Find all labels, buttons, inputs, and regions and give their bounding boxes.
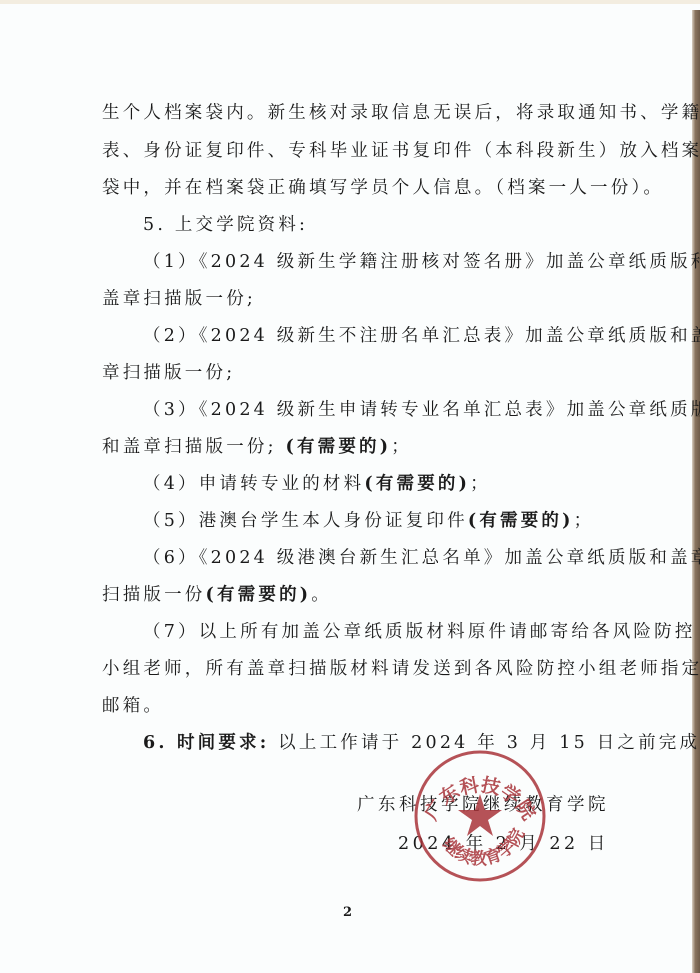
item-3-line-2: 和盖章扫描版一份; (有需要的)； <box>102 435 617 459</box>
signature-org: 广东科技学院继续教育学院 <box>357 793 609 817</box>
item-7-line-3: 邮箱。 <box>102 694 617 718</box>
section-5-heading: 5. 上交学院资料: <box>143 213 658 237</box>
item-5-punct: ； <box>574 511 595 531</box>
item-6-line-1: （6）《2024 级港澳台新生汇总名单》加盖公章纸质版和盖章 <box>143 546 658 570</box>
item-6-note: (有需要的) <box>206 585 312 605</box>
item-5-line-1: （5）港澳台学生本人身份证复印件(有需要的)； <box>143 509 658 533</box>
item-2-line-1: （2）《2024 级新生不注册名单汇总表》加盖公章纸质版和盖 <box>143 324 658 348</box>
item-3-text: 和盖章扫描版一份; <box>102 437 285 457</box>
item-3-punct: ； <box>391 437 412 457</box>
item-6-text: 扫描版一份 <box>102 585 206 605</box>
item-1-line-1: （1）《2024 级新生学籍注册核对签名册》加盖公章纸质版和 <box>143 250 658 274</box>
paragraph-line: 袋中，并在档案袋正确填写学员个人信息。（档案一人一份）。 <box>102 176 617 200</box>
item-6-punct: 。 <box>311 585 332 605</box>
paragraph-line: 表、身份证复印件、专科毕业证书复印件（本科段新生）放入档案 <box>102 139 617 163</box>
paragraph-line: 生个人档案袋内。新生核对录取信息无误后，将录取通知书、学籍 <box>102 101 617 125</box>
section-6-line: 6. 时间要求: 以上工作请于 2024 年 3 月 15 日之前完成。 <box>143 731 658 755</box>
item-7-line-1: （7）以上所有加盖公章纸质版材料原件请邮寄给各风险防控 <box>143 620 658 644</box>
signature-date: 2024 年 2 月 22 日 <box>398 832 609 856</box>
item-3-note: (有需要的) <box>285 437 391 457</box>
item-4-note: (有需要的) <box>364 474 470 494</box>
item-4-line-1: （4）申请转专业的材料(有需要的)； <box>143 472 658 496</box>
item-5-note: (有需要的) <box>468 511 574 531</box>
section-6-heading: 6. 时间要求: <box>143 733 269 753</box>
item-3-line-1: （3）《2024 级新生申请转专业名单汇总表》加盖公章纸质版 <box>143 398 658 422</box>
item-2-line-2: 章扫描版一份; <box>102 361 617 385</box>
document-page: 生个人档案袋内。新生核对录取信息无误后，将录取通知书、学籍 表、身份证复印件、专… <box>0 0 692 973</box>
item-1-line-2: 盖章扫描版一份; <box>102 287 617 311</box>
item-4-text: （4）申请转专业的材料 <box>143 474 364 494</box>
item-7-line-2: 小组老师，所有盖章扫描版材料请发送到各风险防控小组老师指定 <box>102 657 617 681</box>
item-5-text: （5）港澳台学生本人身份证复印件 <box>143 511 468 531</box>
item-6-line-2: 扫描版一份(有需要的)。 <box>102 583 617 607</box>
page-number: 2 <box>343 905 352 920</box>
item-4-punct: ； <box>470 474 491 494</box>
section-6-text: 以上工作请于 2024 年 3 月 15 日之前完成。 <box>269 733 700 753</box>
